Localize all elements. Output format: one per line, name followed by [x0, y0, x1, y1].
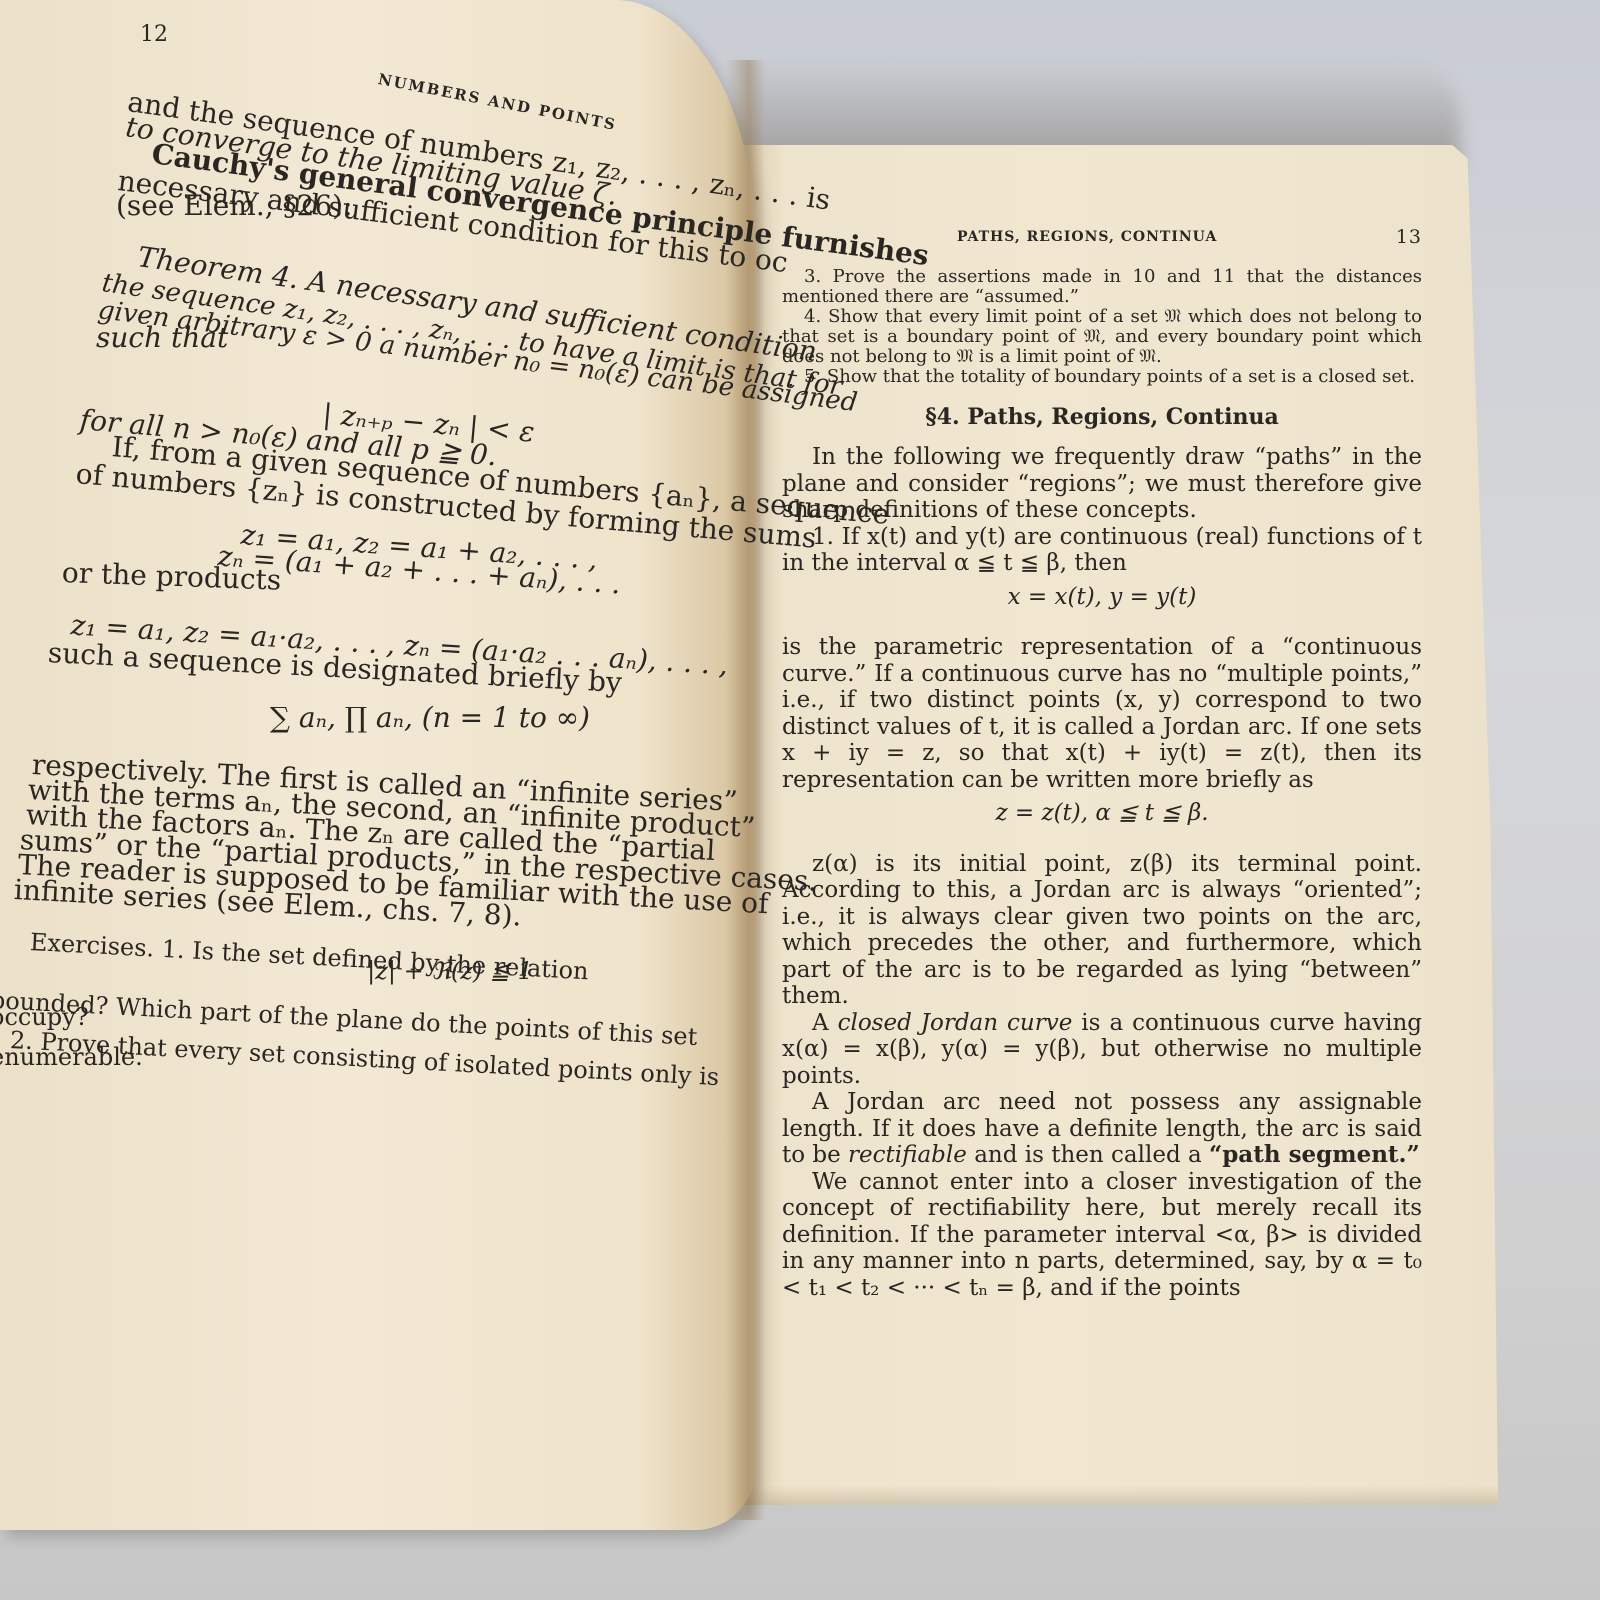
- exercise-relation: |z| + ℜ(z) ≦ 1: [100, 958, 800, 985]
- paragraph-path-segment: A Jordan arc need not possess any assign…: [782, 1089, 1422, 1169]
- exercise-3: 3. Prove the assertions made in 10 and 1…: [782, 267, 1422, 307]
- book-photo: PATHS, REGIONS, CONTINUA 13 3. Prove the…: [0, 0, 1600, 1600]
- text-line: (see Elem., §26):: [116, 192, 816, 219]
- text: A: [812, 1010, 838, 1036]
- running-head-right: PATHS, REGIONS, CONTINUA: [957, 225, 1217, 251]
- section-title: §4. Paths, Regions, Continua: [782, 405, 1422, 431]
- paragraph-jordan-arc: is the parametric representation of a “c…: [782, 634, 1422, 793]
- text: and is then called a: [967, 1142, 1209, 1168]
- page-number-right: 13: [1396, 225, 1422, 251]
- exercise-5: 5. Show that the totality of boundary po…: [782, 367, 1422, 387]
- left-page-text: and the sequence of numbers z₁, z₂, . . …: [40, 78, 740, 915]
- paragraph-oriented: z(α) is its initial point, z(β) its term…: [782, 851, 1422, 1010]
- text-line: such that: [96, 324, 796, 351]
- paragraph-rectifiability: We cannot enter into a closer investigat…: [782, 1169, 1422, 1302]
- paragraph-definition-1: 1. If x(t) and y(t) are continuous (real…: [782, 524, 1422, 577]
- equation-parametric: x = x(t), y = y(t): [782, 585, 1422, 611]
- series-product-notation: ∑ aₙ, ∏ aₙ, (n = 1 to ∞): [80, 704, 780, 731]
- text-line: occupy?: [0, 1004, 690, 1031]
- paragraph-closed-curve: A closed Jordan curve is a continuous cu…: [782, 1010, 1422, 1090]
- term-closed-jordan-curve: closed Jordan curve: [838, 1010, 1073, 1036]
- right-page-text: PATHS, REGIONS, CONTINUA 13 3. Prove the…: [782, 225, 1422, 1301]
- text-line: enumerable.: [0, 1044, 690, 1071]
- term-rectifiable: rectifiable: [848, 1142, 967, 1168]
- exercises-continued: 3. Prove the assertions made in 10 and 1…: [782, 267, 1422, 387]
- page-edge: [738, 1485, 1498, 1505]
- section-body: In the following we frequently draw “pat…: [782, 444, 1422, 1301]
- term-path-segment: “path segment.”: [1209, 1141, 1420, 1168]
- page-number-left: 12: [140, 22, 168, 47]
- exercise-4: 4. Show that every limit point of a set …: [782, 307, 1422, 367]
- equation-complex: z = z(t), α ≦ t ≦ β.: [782, 801, 1422, 827]
